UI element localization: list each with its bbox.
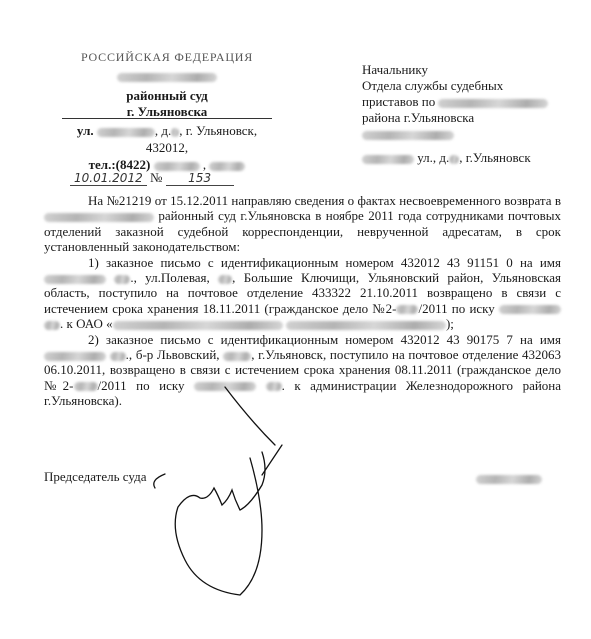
handwritten-signature-icon xyxy=(0,0,591,639)
